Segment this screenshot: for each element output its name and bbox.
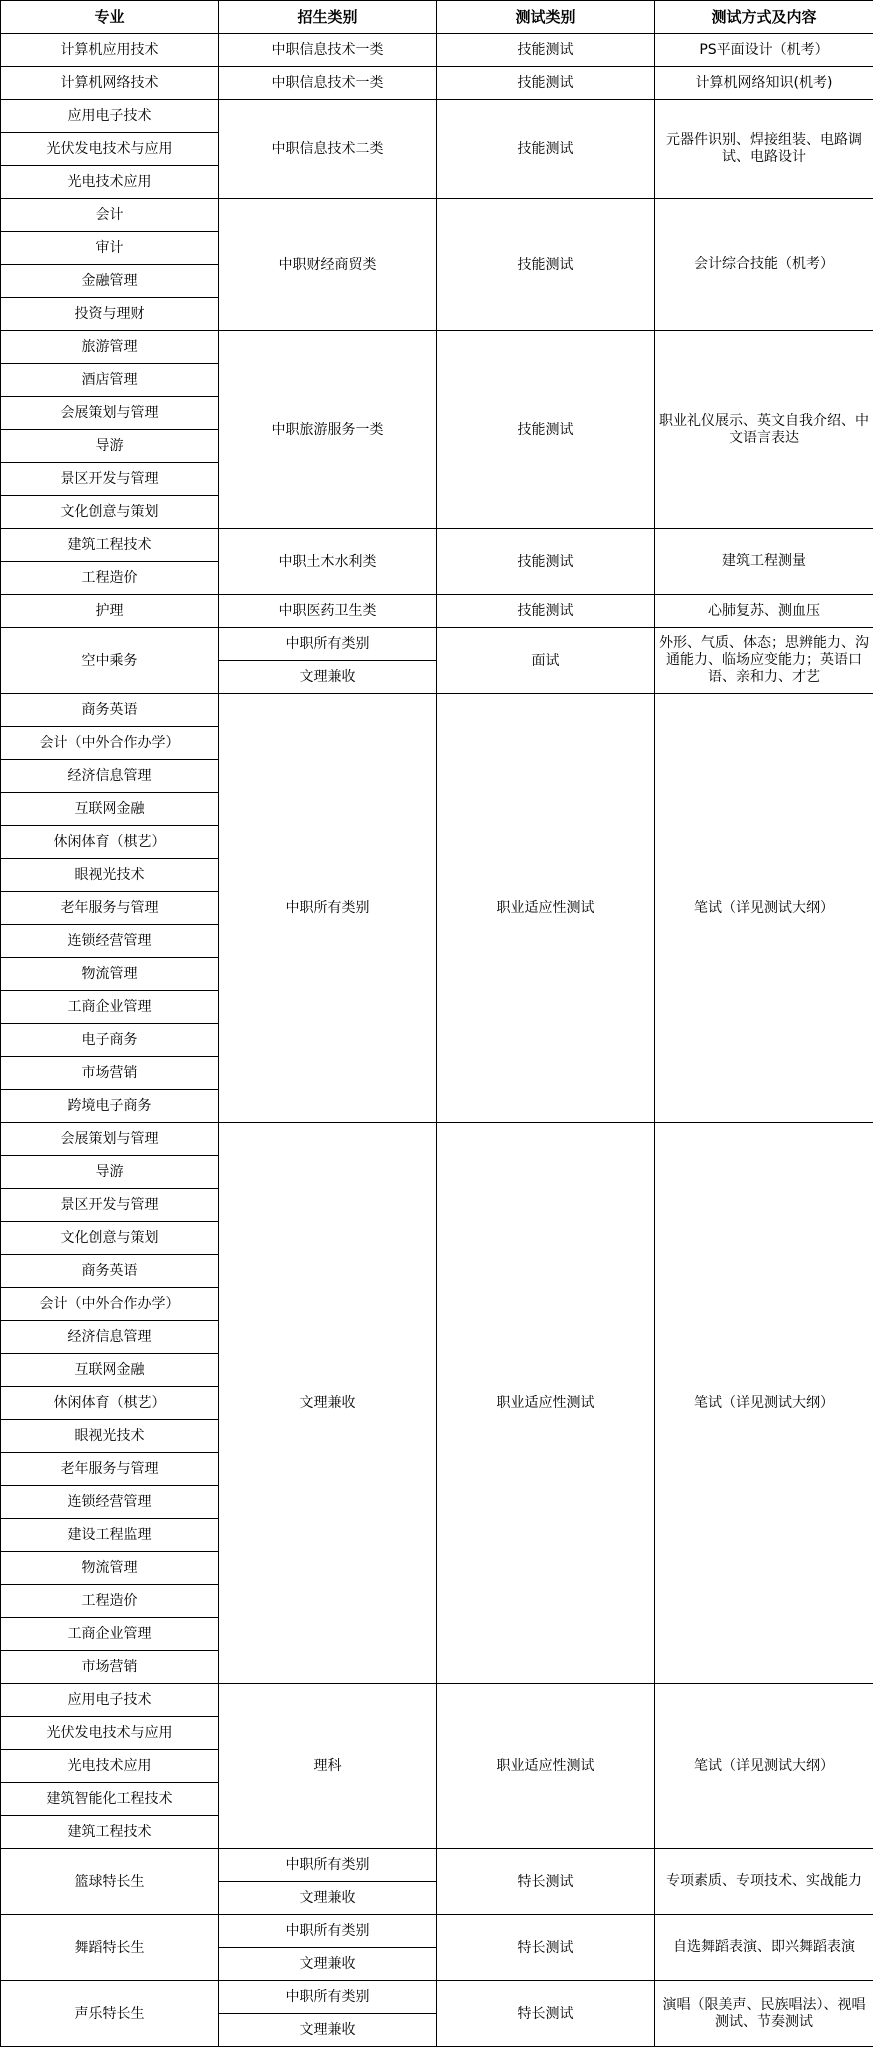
table-row: 应用电子技术中职信息技术二类技能测试元器件识别、焊接组装、电路调试、电路设计 xyxy=(1,100,873,133)
major-cell: 工程造价 xyxy=(1,1585,219,1618)
major-cell: 市场营销 xyxy=(1,1651,219,1684)
major-cell: 工商企业管理 xyxy=(1,991,219,1024)
major-cell: 商务英语 xyxy=(1,694,219,727)
category-cell: 中职所有类别 xyxy=(219,1849,437,1882)
test-type-cell: 技能测试 xyxy=(437,331,655,529)
major-cell: 光伏发电技术与应用 xyxy=(1,1717,219,1750)
major-cell: 会展策划与管理 xyxy=(1,397,219,430)
major-cell: 旅游管理 xyxy=(1,331,219,364)
major-cell: 市场营销 xyxy=(1,1057,219,1090)
major-cell: 连锁经营管理 xyxy=(1,925,219,958)
table-row: 会展策划与管理文理兼收职业适应性测试笔试（详见测试大纲） xyxy=(1,1123,873,1156)
header-row: 专业 招生类别 测试类别 测试方式及内容 xyxy=(1,1,873,34)
test-type-cell: 职业适应性测试 xyxy=(437,1684,655,1849)
major-cell: 导游 xyxy=(1,1156,219,1189)
major-cell: 连锁经营管理 xyxy=(1,1486,219,1519)
category-cell: 文理兼收 xyxy=(219,1948,437,1981)
test-content-cell: 演唱（限美声、民族唱法）、视唱测试、节奏测试 xyxy=(655,1981,873,2047)
test-content-cell: 计算机网络知识(机考) xyxy=(655,67,873,100)
category-cell: 中职土木水利类 xyxy=(219,529,437,595)
major-cell: 景区开发与管理 xyxy=(1,1189,219,1222)
test-type-cell: 特长测试 xyxy=(437,1981,655,2047)
major-cell: 工程造价 xyxy=(1,562,219,595)
category-cell: 中职信息技术一类 xyxy=(219,67,437,100)
category-cell: 中职旅游服务一类 xyxy=(219,331,437,529)
header-category: 招生类别 xyxy=(219,1,437,34)
major-cell: 计算机网络技术 xyxy=(1,67,219,100)
table-row: 空中乘务中职所有类别面试外形、气质、体态；思辨能力、沟通能力、临场应变能力；英语… xyxy=(1,628,873,661)
major-cell: 建筑工程技术 xyxy=(1,1816,219,1849)
header-test-content: 测试方式及内容 xyxy=(655,1,873,34)
category-cell: 中职所有类别 xyxy=(219,1915,437,1948)
test-content-cell: 自选舞蹈表演、即兴舞蹈表演 xyxy=(655,1915,873,1981)
table-row: 声乐特长生中职所有类别特长测试演唱（限美声、民族唱法）、视唱测试、节奏测试 xyxy=(1,1981,873,2014)
major-cell: 经济信息管理 xyxy=(1,760,219,793)
header-major: 专业 xyxy=(1,1,219,34)
test-type-cell: 特长测试 xyxy=(437,1915,655,1981)
category-cell: 中职所有类别 xyxy=(219,628,437,661)
category-cell: 中职医药卫生类 xyxy=(219,595,437,628)
test-content-cell: PS平面设计（机考） xyxy=(655,34,873,67)
table-row: 商务英语中职所有类别职业适应性测试笔试（详见测试大纲） xyxy=(1,694,873,727)
category-cell: 中职所有类别 xyxy=(219,1981,437,2014)
admission-test-table: 专业 招生类别 测试类别 测试方式及内容 计算机应用技术中职信息技术一类技能测试… xyxy=(0,0,873,2047)
table-row: 会计中职财经商贸类技能测试会计综合技能（机考） xyxy=(1,199,873,232)
table-row: 应用电子技术理科职业适应性测试笔试（详见测试大纲） xyxy=(1,1684,873,1717)
major-cell: 投资与理财 xyxy=(1,298,219,331)
major-cell: 导游 xyxy=(1,430,219,463)
test-type-cell: 职业适应性测试 xyxy=(437,1123,655,1684)
test-type-cell: 特长测试 xyxy=(437,1849,655,1915)
table-row: 护理中职医药卫生类技能测试心肺复苏、测血压 xyxy=(1,595,873,628)
major-cell: 商务英语 xyxy=(1,1255,219,1288)
category-cell: 中职所有类别 xyxy=(219,694,437,1123)
category-cell: 文理兼收 xyxy=(219,1882,437,1915)
major-cell: 眼视光技术 xyxy=(1,1420,219,1453)
category-cell: 文理兼收 xyxy=(219,1123,437,1684)
major-cell: 光电技术应用 xyxy=(1,166,219,199)
major-cell: 计算机应用技术 xyxy=(1,34,219,67)
table-row: 舞蹈特长生中职所有类别特长测试自选舞蹈表演、即兴舞蹈表演 xyxy=(1,1915,873,1948)
test-content-cell: 专项素质、专项技术、实战能力 xyxy=(655,1849,873,1915)
major-cell: 休闲体育（棋艺） xyxy=(1,1387,219,1420)
major-cell: 物流管理 xyxy=(1,1552,219,1585)
table-row: 篮球特长生中职所有类别特长测试专项素质、专项技术、实战能力 xyxy=(1,1849,873,1882)
major-cell: 工商企业管理 xyxy=(1,1618,219,1651)
test-content-cell: 笔试（详见测试大纲） xyxy=(655,1123,873,1684)
major-cell: 舞蹈特长生 xyxy=(1,1915,219,1981)
major-cell: 会计（中外合作办学） xyxy=(1,1288,219,1321)
test-content-cell: 会计综合技能（机考） xyxy=(655,199,873,331)
test-content-cell: 建筑工程测量 xyxy=(655,529,873,595)
test-content-cell: 元器件识别、焊接组装、电路调试、电路设计 xyxy=(655,100,873,199)
header-test-type: 测试类别 xyxy=(437,1,655,34)
test-content-cell: 职业礼仪展示、英文自我介绍、中文语言表达 xyxy=(655,331,873,529)
major-cell: 休闲体育（棋艺） xyxy=(1,826,219,859)
major-cell: 篮球特长生 xyxy=(1,1849,219,1915)
major-cell: 电子商务 xyxy=(1,1024,219,1057)
major-cell: 老年服务与管理 xyxy=(1,1453,219,1486)
table-row: 计算机网络技术中职信息技术一类技能测试计算机网络知识(机考) xyxy=(1,67,873,100)
test-type-cell: 技能测试 xyxy=(437,67,655,100)
major-cell: 护理 xyxy=(1,595,219,628)
category-cell: 中职财经商贸类 xyxy=(219,199,437,331)
test-type-cell: 技能测试 xyxy=(437,100,655,199)
major-cell: 光伏发电技术与应用 xyxy=(1,133,219,166)
major-cell: 建筑工程技术 xyxy=(1,529,219,562)
category-cell: 文理兼收 xyxy=(219,2014,437,2047)
table-row: 建筑工程技术中职土木水利类技能测试建筑工程测量 xyxy=(1,529,873,562)
major-cell: 应用电子技术 xyxy=(1,1684,219,1717)
category-cell: 中职信息技术二类 xyxy=(219,100,437,199)
major-cell: 建设工程监理 xyxy=(1,1519,219,1552)
major-cell: 审计 xyxy=(1,232,219,265)
test-type-cell: 技能测试 xyxy=(437,595,655,628)
table-body: 计算机应用技术中职信息技术一类技能测试PS平面设计（机考）计算机网络技术中职信息… xyxy=(1,34,873,2047)
test-type-cell: 技能测试 xyxy=(437,199,655,331)
major-cell: 空中乘务 xyxy=(1,628,219,694)
test-type-cell: 职业适应性测试 xyxy=(437,694,655,1123)
major-cell: 老年服务与管理 xyxy=(1,892,219,925)
major-cell: 金融管理 xyxy=(1,265,219,298)
major-cell: 建筑智能化工程技术 xyxy=(1,1783,219,1816)
major-cell: 文化创意与策划 xyxy=(1,1222,219,1255)
test-type-cell: 技能测试 xyxy=(437,34,655,67)
category-cell: 中职信息技术一类 xyxy=(219,34,437,67)
test-content-cell: 笔试（详见测试大纲） xyxy=(655,1684,873,1849)
major-cell: 文化创意与策划 xyxy=(1,496,219,529)
major-cell: 跨境电子商务 xyxy=(1,1090,219,1123)
test-content-cell: 笔试（详见测试大纲） xyxy=(655,694,873,1123)
major-cell: 经济信息管理 xyxy=(1,1321,219,1354)
major-cell: 物流管理 xyxy=(1,958,219,991)
major-cell: 互联网金融 xyxy=(1,793,219,826)
major-cell: 会计 xyxy=(1,199,219,232)
test-content-cell: 外形、气质、体态；思辨能力、沟通能力、临场应变能力；英语口语、亲和力、才艺 xyxy=(655,628,873,694)
major-cell: 互联网金融 xyxy=(1,1354,219,1387)
table-row: 计算机应用技术中职信息技术一类技能测试PS平面设计（机考） xyxy=(1,34,873,67)
major-cell: 应用电子技术 xyxy=(1,100,219,133)
test-type-cell: 技能测试 xyxy=(437,529,655,595)
major-cell: 会展策划与管理 xyxy=(1,1123,219,1156)
table-row: 旅游管理中职旅游服务一类技能测试职业礼仪展示、英文自我介绍、中文语言表达 xyxy=(1,331,873,364)
test-content-cell: 心肺复苏、测血压 xyxy=(655,595,873,628)
test-type-cell: 面试 xyxy=(437,628,655,694)
category-cell: 文理兼收 xyxy=(219,661,437,694)
major-cell: 会计（中外合作办学） xyxy=(1,727,219,760)
major-cell: 酒店管理 xyxy=(1,364,219,397)
major-cell: 景区开发与管理 xyxy=(1,463,219,496)
category-cell: 理科 xyxy=(219,1684,437,1849)
major-cell: 眼视光技术 xyxy=(1,859,219,892)
major-cell: 声乐特长生 xyxy=(1,1981,219,2047)
major-cell: 光电技术应用 xyxy=(1,1750,219,1783)
